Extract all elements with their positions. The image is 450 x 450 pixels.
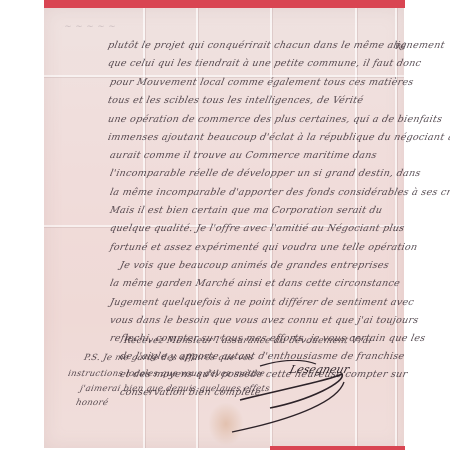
letter-line: tous et les scibles tous les intelligenc…: [107, 95, 365, 106]
letter-line: que celui qui les tiendrait à une petite…: [107, 58, 423, 69]
letter-line: la même garden Marché ainsi et dans cett…: [109, 278, 401, 289]
letter-line: pour Mouvement local comme également tou…: [109, 77, 415, 88]
letter-line: fortuné et assez expérimenté qui voudra …: [109, 242, 419, 253]
bleed-through-text: ~ ~ ~ ~ ~: [63, 22, 117, 32]
red-frame-top: [44, 0, 405, 8]
red-frame-bottom: [270, 446, 405, 450]
letter-line: Je vois que beaucoup animés de grandes e…: [119, 260, 390, 271]
letter-line: une opération de commerce des plus certa…: [107, 114, 443, 125]
letter-line: vous dans le besoin que vous avez connu …: [109, 315, 420, 326]
margin-note: Ré: [395, 42, 406, 51]
letter-line: immenses ajoutant beaucoup d'éclat à la …: [107, 132, 450, 143]
letter-line: Mais il est bien certain que ma Corporat…: [109, 205, 384, 216]
postscript-line: honoré: [75, 398, 109, 408]
closing-line: Recevez Monsieur l'assurance du dévoueme…: [123, 336, 373, 346]
letter-line: l'incomparable réelle de développer un s…: [109, 168, 422, 179]
letter-line: quelque qualité. Je l'offre avec l'amiti…: [109, 223, 406, 234]
signature-flourish: [220, 360, 350, 435]
scanned-letter: ~ ~ ~ ~ ~ plutôt le projet qui conquérir…: [0, 0, 450, 450]
letter-line: Jugement quelquefois à ne point différer…: [109, 297, 415, 308]
letter-line: aurait comme il trouve au Commerce marit…: [109, 150, 378, 161]
letter-line: la même incomparable d'apporter des fond…: [109, 187, 450, 198]
